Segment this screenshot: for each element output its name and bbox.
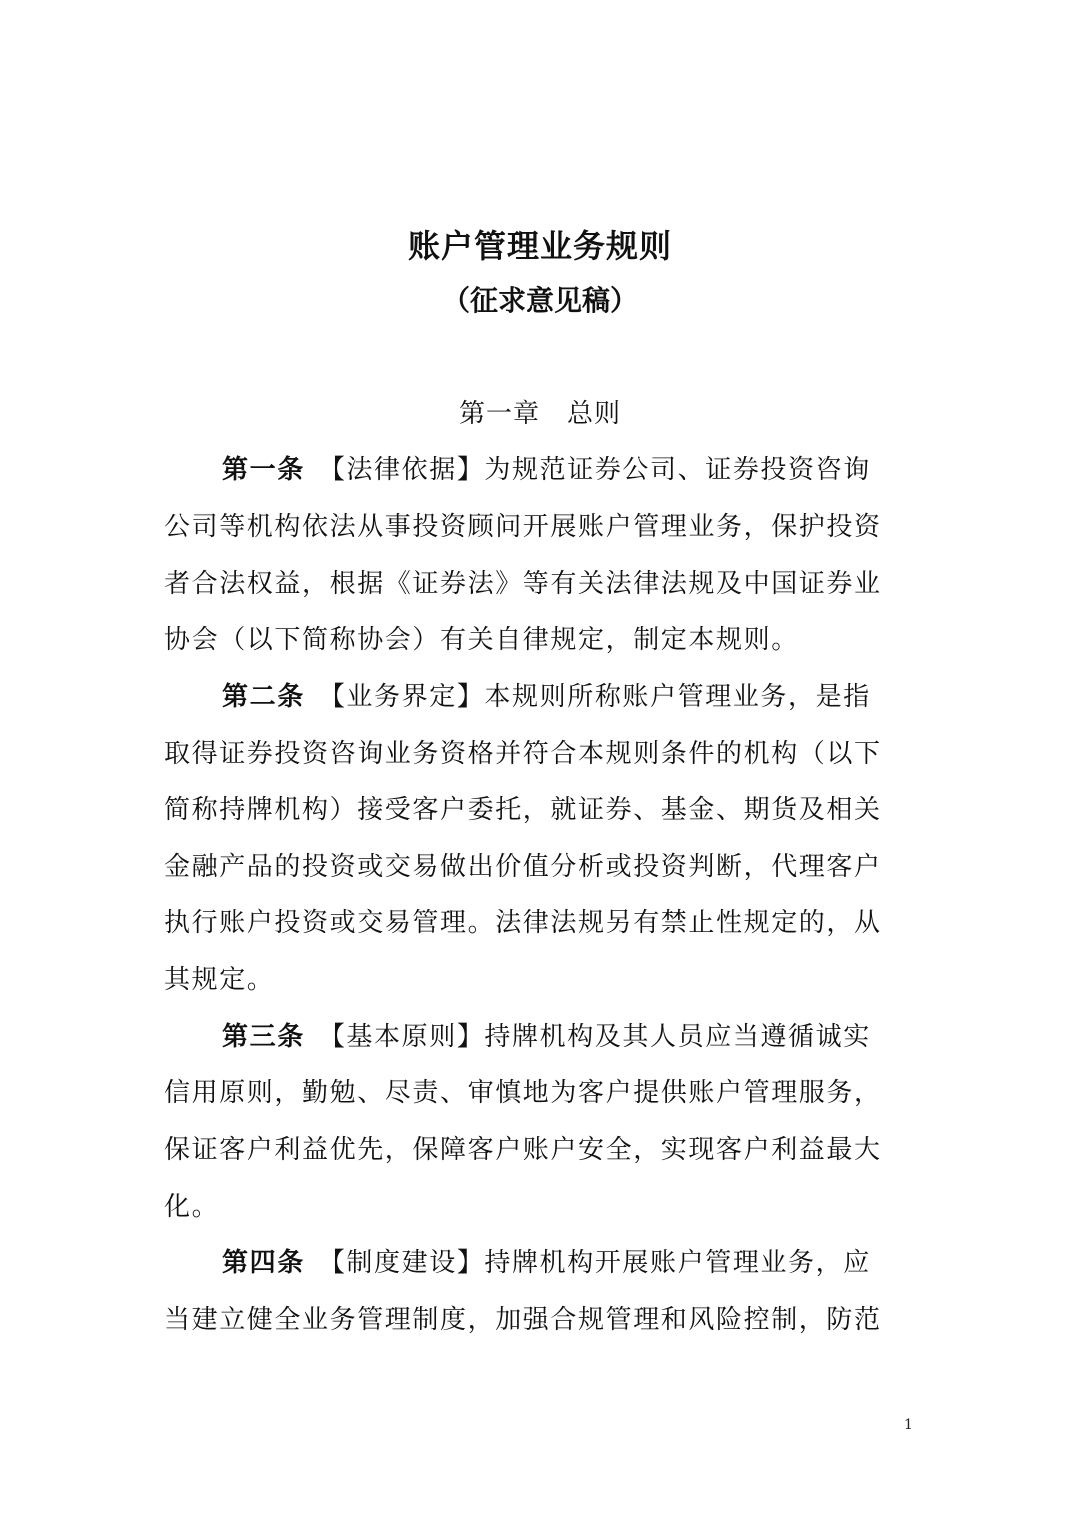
article-2-line-5: 执行账户投资或交易管理。法律法规另有禁止性规定的，从 [164,905,924,941]
article-text: 【基本原则】持牌机构及其人员应当遵循诚实 [319,1022,871,1052]
article-text: 【业务界定】本规则所称账户管理业务，是指 [319,682,871,712]
article-number: 第一条 [222,455,305,485]
article-text: 【制度建设】持牌机构开展账户管理业务，应 [319,1248,871,1278]
article-1-line-1: 第一条【法律依据】为规范证券公司、证券投资咨询 [222,452,924,488]
article-3-line-1: 第三条【基本原则】持牌机构及其人员应当遵循诚实 [222,1019,924,1055]
article-2-line-4: 金融产品的投资或交易做出价值分析或投资判断，代理客户 [164,849,924,885]
article-text: 【法律依据】为规范证券公司、证券投资咨询 [319,455,871,485]
chapter-heading: 第一章 总则 [0,396,1080,432]
article-3-line-4: 化。 [164,1189,924,1225]
article-number: 第二条 [222,682,305,712]
article-3-line-3: 保证客户利益优先，保障客户账户安全，实现客户利益最大 [164,1132,924,1168]
article-number: 第三条 [222,1022,305,1052]
article-2-line-1: 第二条【业务界定】本规则所称账户管理业务，是指 [222,679,924,715]
article-4-line-2: 当建立健全业务管理制度，加强合规管理和风险控制，防范 [164,1302,924,1338]
article-1-line-4: 协会（以下简称协会）有关自律规定，制定本规则。 [164,622,924,658]
document-subtitle: （征求意见稿） [0,283,1080,319]
article-4-line-1: 第四条【制度建设】持牌机构开展账户管理业务，应 [222,1245,924,1281]
article-number: 第四条 [222,1248,305,1278]
document-title: 账户管理业务规则 [0,226,1080,266]
document-page: 账户管理业务规则 （征求意见稿） 第一章 总则 第一条【法律依据】为规范证券公司… [0,0,1080,1527]
article-3-line-2: 信用原则，勤勉、尽责、审慎地为客户提供账户管理服务， [164,1075,924,1111]
article-2-line-2: 取得证券投资咨询业务资格并符合本规则条件的机构（以下 [164,736,924,772]
article-1-line-2: 公司等机构依法从事投资顾问开展账户管理业务，保护投资 [164,509,924,545]
article-1-line-3: 者合法权益，根据《证券法》等有关法律法规及中国证券业 [164,566,924,602]
article-2-line-6: 其规定。 [164,962,924,998]
page-number: 1 [904,1417,913,1433]
article-2-line-3: 简称持牌机构）接受客户委托，就证券、基金、期货及相关 [164,792,924,828]
